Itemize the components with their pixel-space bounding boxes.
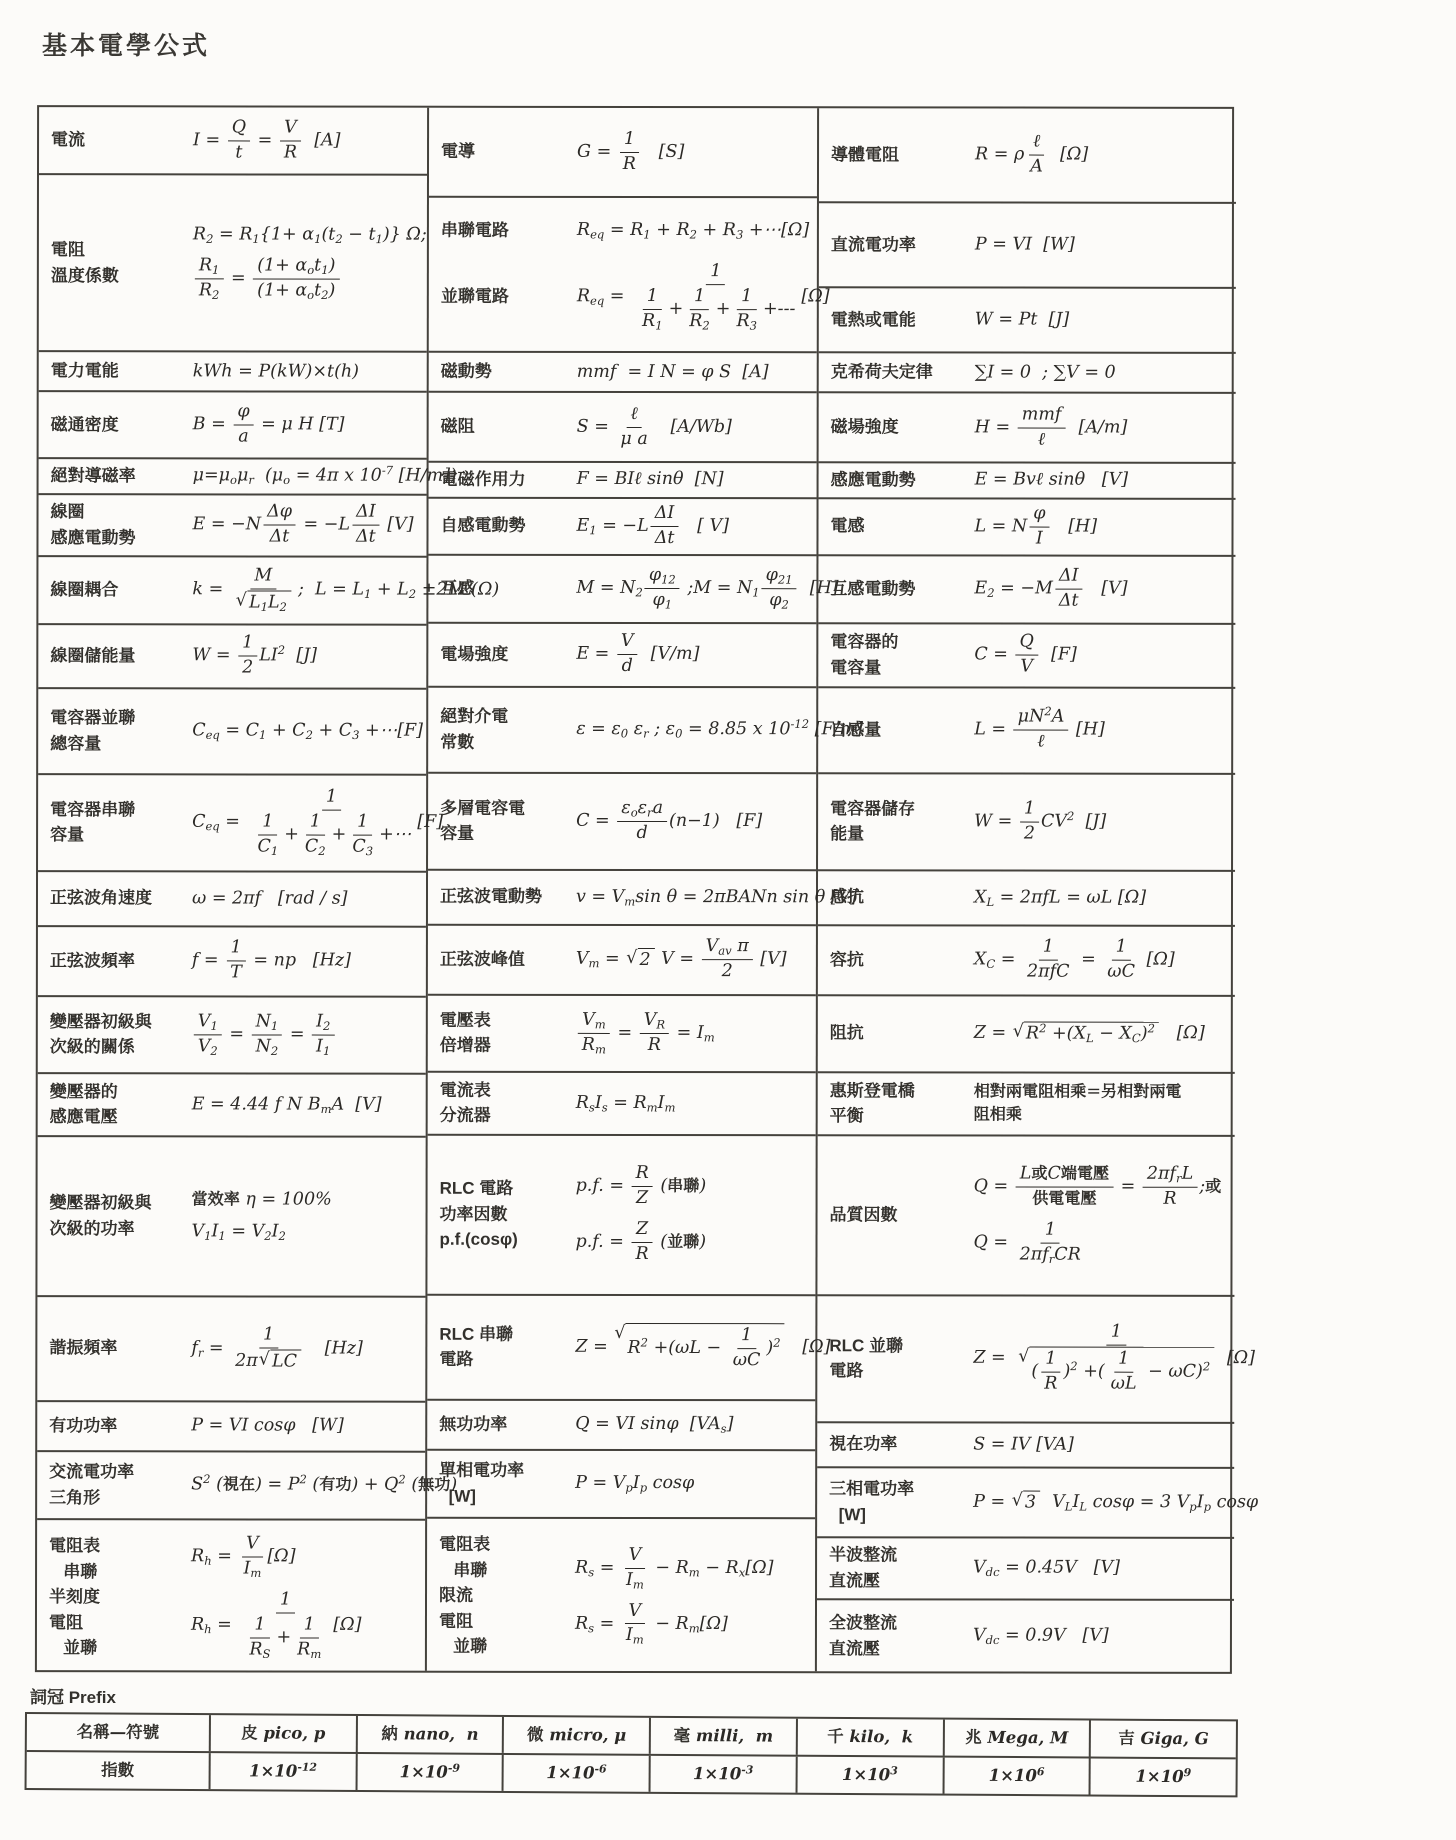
- term-label: 三相電功率 [W]: [819, 1474, 957, 1529]
- prefix-name-cell: 名稱—符號: [27, 1714, 211, 1751]
- prefix-name-cell: 毫 milli, m: [651, 1718, 798, 1755]
- formula: E = 4.44 f N BmA [V]: [176, 1093, 424, 1116]
- term-label: 電感: [820, 512, 958, 542]
- formula-cell: 磁場強度H = mmfℓ [A/m]: [819, 393, 1236, 464]
- formula-cell: 克希荷夫定律∑I = 0 ; ∑V = 0: [819, 353, 1236, 394]
- formula-line: ∑I = 0 ; ∑V = 0: [975, 361, 1234, 384]
- formula: W = Pt [J]: [959, 309, 1234, 332]
- formula-line: f = 1T = np [Hz]: [192, 938, 424, 985]
- term-label: 正弦波電動勢: [430, 882, 560, 912]
- formula: P = VpIp cosφ: [559, 1472, 813, 1495]
- formula-line: 名稱—符號: [77, 1721, 160, 1744]
- prefix-caption: 詞冠 Prefix: [30, 1683, 1456, 1708]
- term-label: 視在功率: [819, 1430, 957, 1460]
- formula-cell: 視在功率S = IV [VA]: [817, 1423, 1234, 1469]
- formula-line: H = mmfℓ [A/m]: [975, 404, 1234, 451]
- formula-line: F = BIℓ sinθ [N]: [577, 468, 815, 491]
- term-label: 電壓表 倍增器: [430, 1005, 560, 1060]
- formula-cell: 變壓器的 感應電壓E = 4.44 f N BmA [V]: [38, 1074, 426, 1138]
- formula-line: 1×109: [1135, 1766, 1191, 1788]
- formula-cell: 絕對介電 常數ε = ε0 εr ; ε0 = 8.85 x 10-12 [F/…: [428, 687, 816, 774]
- formula: Rh = VIm[Ω]Rh = 11RS+1Rm[Ω]: [175, 1534, 423, 1662]
- term-label: 磁阻: [431, 412, 561, 442]
- formula-line: 微 micro, μ: [527, 1724, 626, 1747]
- formula-cell: 品質因數Q = L或C端電壓供電電壓 = 2πfrLR;或Q = 12πfrCR: [817, 1136, 1234, 1297]
- formula-line: C = QV [F]: [974, 632, 1233, 679]
- formula-line: v = Vmsin θ = 2πBANn sin θ [V]: [576, 886, 814, 909]
- formula-line: 納 nano, n: [381, 1723, 478, 1746]
- prefix-name-cell: 微 micro, μ: [504, 1717, 651, 1754]
- formula-cell: 電阻表 串聯 限流 電阻 並聯Rs = VIm − Rm − Rx[Ω]Rs =…: [427, 1518, 815, 1674]
- formula: Ceq = 11C1+1C2+1C3+⋯[F]: [176, 787, 424, 859]
- formula-line: E = −NΔφΔt = −LΔIΔt [V]: [192, 502, 424, 549]
- formula: kWh = P(kW)×t(h): [177, 360, 425, 383]
- prefix-row: 指數1×10-121×10-91×10-61×10-31×1031×1061×1…: [27, 1752, 1236, 1795]
- formula-line: L = μN2Aℓ [H]: [974, 707, 1233, 754]
- formula-line: mmf = I N = φ S [A]: [577, 361, 815, 384]
- term-label: 品質因數: [820, 1200, 958, 1230]
- formula-line: 相對兩電阻相乘=另相對兩電阻相乘: [974, 1081, 1233, 1127]
- term-label: 阻抗: [820, 1019, 958, 1049]
- formula-line: Rh = 11RS+1Rm[Ω]: [191, 1589, 423, 1661]
- formula-cell: 互感電動勢E2 = −MΔIΔt [V]: [818, 556, 1235, 625]
- formula-cell: 直流電功率P = VI [W]: [819, 203, 1236, 289]
- term-label: 電阻 溫度係數: [41, 235, 177, 290]
- term-label: RLC 電路 功率因數 p.f.(cosφ): [429, 1174, 559, 1255]
- formula-line: P = √3 VLIL cosφ = 3 VpIp cosφ: [973, 1490, 1232, 1514]
- formula-line: S2 (視在) = P2 (有功) + Q2 (無功): [191, 1474, 423, 1497]
- formula: P = √3 VLIL cosφ = 3 VpIp cosφ: [957, 1490, 1232, 1514]
- term-label: 多層電容電 容量: [430, 793, 560, 848]
- formula-cell: 磁動勢mmf = I N = φ S [A]: [429, 353, 817, 394]
- formula-line: VmRm = VRR = Im: [576, 1010, 814, 1057]
- formula-table: 電流I = Qt = VR [A]電阻 溫度係數R2 = R1{1+ α1(t2…: [35, 105, 1234, 1674]
- formula-line: 1×10-6: [546, 1762, 607, 1784]
- term-label: 電流表 分流器: [430, 1075, 560, 1130]
- formula: Z = √R2 +(XL − XC)2 [Ω]: [958, 1022, 1233, 1046]
- formula-cell: 三相電功率 [W]P = √3 VLIL cosφ = 3 VpIp cosφ: [817, 1468, 1234, 1539]
- formula-line: E = Bvℓ sinθ [V]: [975, 469, 1234, 492]
- term-label: 電導: [431, 137, 561, 167]
- formula-line: E1 = −LΔIΔt [ V]: [576, 503, 814, 550]
- formula-line: M = N2φ12φ1 ;M = N1φ21φ2 [H]: [576, 565, 814, 612]
- term-label: 電流: [41, 125, 177, 155]
- formula-cell: 電流I = Qt = VR [A]: [39, 107, 427, 176]
- formula: Req = 11R1+1R2+1R3+---[Ω]: [561, 261, 815, 333]
- formula: 當效率 η = 100%V1I1 = V2I2: [176, 1189, 424, 1244]
- formula-line: Req = 11R1+1R2+1R3+---[Ω]: [577, 261, 815, 333]
- formula: Q = L或C端電壓供電電壓 = 2πfrLR;或Q = 12πfrCR: [957, 1164, 1232, 1267]
- formula: Z = √R2 +(ωL − 1ωC)2 [Ω]: [559, 1323, 813, 1372]
- formula: fr = 12π√LC [Hz]: [175, 1324, 423, 1373]
- prefix-name-cell: 吉 Giga, G: [1091, 1721, 1236, 1758]
- formula: C = QV [F]: [958, 632, 1233, 679]
- formula: f = 1T = np [Hz]: [176, 937, 424, 984]
- formula-line: fr = 12π√LC [Hz]: [191, 1324, 423, 1373]
- formula: P = VI [W]: [959, 234, 1234, 257]
- formula: mmf = I N = φ S [A]: [561, 361, 815, 384]
- formula: R2 = R1{1+ α1(t2 − t1)} Ω;R1R2 = (1+ αot…: [177, 224, 425, 303]
- term-label: 並聯電路: [431, 282, 561, 312]
- term-label: 克希荷夫定律: [821, 358, 959, 388]
- formula: XC = 12πfC = 1ωC [Ω]: [958, 937, 1233, 984]
- formula-line: 兆 Mega, M: [965, 1727, 1068, 1750]
- formula: M = N2φ12φ1 ;M = N1φ21φ2 [H]: [560, 565, 814, 612]
- term-label: 感抗: [820, 883, 958, 913]
- formula: L = μN2Aℓ [H]: [958, 707, 1233, 754]
- formula-cell: RLC 電路 功率因數 p.f.(cosφ)p.f. = RZ (串聯)p.f.…: [427, 1135, 815, 1296]
- formula-line: W = Pt [J]: [975, 309, 1234, 332]
- formula: Vdc = 0.45V [V]: [957, 1557, 1232, 1580]
- term-label: 電阻表 串聯 半刻度 電阻 並聯: [39, 1531, 175, 1663]
- term-label: 磁動勢: [431, 357, 561, 387]
- term-label: 正弦波角速度: [40, 883, 176, 913]
- formula-line: Rs = VIm − Rm[Ω]: [575, 1600, 813, 1647]
- formula-line: W = 12CV2 [J]: [974, 798, 1233, 845]
- formula-line: R2 = R1{1+ α1(t2 − t1)} Ω;: [193, 224, 425, 247]
- prefix-exponent-cell: 1×10-3: [651, 1756, 798, 1793]
- prefix-exponent-cell: 1×109: [1091, 1759, 1236, 1796]
- prefix-table: 名稱—符號皮 pico, p納 nano, n微 micro, μ毫 milli…: [25, 1712, 1238, 1797]
- formula-line: Vdc = 0.9V [V]: [973, 1625, 1232, 1648]
- formula: VmRm = VRR = Im: [560, 1010, 814, 1057]
- formula: S = ℓμ a [A/Wb]: [561, 404, 815, 451]
- prefix-exponent-cell: 1×10-6: [504, 1755, 651, 1792]
- formula-line: Ceq = C1 + C2 + C3 +⋯[F]: [192, 720, 424, 743]
- formula-line: Z = 1√(1R)2 +(1ωL − ωC)2 [Ω]: [973, 1322, 1232, 1396]
- formula-cell: 導體電阻R = ρℓA [Ω]: [819, 108, 1236, 204]
- formula-cell: 電容器串聯 容量Ceq = 11C1+1C2+1C3+⋯[F]: [38, 775, 426, 873]
- page-title: 基本電學公式: [42, 26, 1456, 62]
- formula-cell: 電場強度E = Vd [V/m]: [428, 623, 816, 688]
- formula-cell: 線圈儲能量W = 12LI2 [J]: [38, 625, 426, 690]
- formula: P = VI cosφ [W]: [175, 1414, 423, 1437]
- formula: W = 12LI2 [J]: [176, 632, 424, 679]
- term-label: 線圈儲能量: [40, 641, 176, 671]
- formula: XL = 2πfL = ωL [Ω]: [958, 886, 1233, 909]
- formula: Ceq = C1 + C2 + C3 +⋯[F]: [176, 719, 424, 742]
- formula: F = BIℓ sinθ [N]: [561, 468, 815, 491]
- term-label: 容抗: [820, 945, 958, 975]
- formula-cell: 電磁作用力F = BIℓ sinθ [N]: [429, 463, 817, 499]
- formula: Q = VI sinφ [VAs]: [559, 1413, 813, 1436]
- term-label: 電場強度: [430, 639, 560, 669]
- term-label: 諧振頻率: [39, 1333, 175, 1363]
- formula-line: Vm = √2 V = Vav π2 [V]: [576, 936, 814, 983]
- formula-line: V1V2 = N1N2 = I2I1: [192, 1011, 424, 1058]
- formula-line: V1I1 = V2I2: [192, 1220, 424, 1243]
- formula-line: ε = ε0 εr ; ε0 = 8.85 x 10-12 [F/m]: [576, 718, 814, 741]
- formula-cell: 變壓器初級與 次級的關係V1V2 = N1N2 = I2I1: [38, 997, 426, 1075]
- formula-cell: 電容器儲存 能量W = 12CV2 [J]: [818, 774, 1235, 872]
- formula-cell: 電熱或電能W = Pt [J]: [819, 288, 1236, 354]
- formula-line: I = Qt = VR [A]: [193, 117, 425, 164]
- prefix-exponent-cell: 指數: [27, 1752, 211, 1789]
- formula: ∑I = 0 ; ∑V = 0: [959, 361, 1234, 384]
- term-label: 線圈 感應電動勢: [40, 497, 176, 552]
- formula: W = 12CV2 [J]: [958, 798, 1233, 845]
- term-label: 自感電動勢: [430, 511, 560, 541]
- formula: R = ρℓA [Ω]: [959, 132, 1234, 179]
- formula: Req = R1 + R2 + R3 +⋯[Ω]: [561, 219, 815, 242]
- formula-line: 當效率 η = 100%: [192, 1189, 424, 1212]
- term-label: 互感電動勢: [820, 574, 958, 604]
- formula-cell: 電阻表 串聯 半刻度 電阻 並聯Rh = VIm[Ω]Rh = 11RS+1Rm…: [37, 1520, 425, 1676]
- term-label: 變壓器初級與 次級的關係: [40, 1007, 176, 1062]
- formula-line: Rs = VIm − Rm − Rx[Ω]: [575, 1545, 813, 1592]
- formula-line: k = M√L1L2; L = L1 + L2 ±2M (Ω): [192, 566, 424, 615]
- prefix-exponent-cell: 1×106: [944, 1758, 1091, 1795]
- formula: G = 1R [S]: [561, 129, 815, 176]
- formula-cell: 磁通密度B = φa = μ H [T]: [39, 392, 427, 460]
- formula-cell: 感應電動勢E = Bvℓ sinθ [V]: [819, 463, 1236, 499]
- formula-line: Q = VI sinφ [VAs]: [575, 1413, 813, 1436]
- formula: Vm = √2 V = Vav π2 [V]: [560, 936, 814, 983]
- formula: E2 = −MΔIΔt [V]: [958, 566, 1233, 613]
- formula: E = −NΔφΔt = −LΔIΔt [V]: [176, 501, 424, 548]
- formula-line: L = NφI [H]: [974, 503, 1233, 550]
- formula: Rs = VIm − Rm − Rx[Ω]Rs = VIm − Rm[Ω]: [559, 1545, 813, 1648]
- formula-line: kWh = P(kW)×t(h): [193, 360, 425, 383]
- formula: S = IV [VA]: [957, 1433, 1232, 1456]
- formula-cell: 正弦波電動勢v = Vmsin θ = 2πBANn sin θ [V]: [428, 870, 816, 926]
- formula: Vdc = 0.9V [V]: [957, 1625, 1232, 1648]
- formula: p.f. = RZ (串聯)p.f. = ZR (並聯): [559, 1163, 813, 1266]
- formula: E = Vd [V/m]: [560, 631, 814, 678]
- formula-cell: 多層電容電 容量C = εoεrad(n−1) [F]: [428, 773, 816, 871]
- formula-cell: 電感L = NφI [H]: [818, 499, 1235, 557]
- formula-cell: 容抗XC = 12πfC = 1ωC [Ω]: [818, 926, 1235, 997]
- term-label: 惠斯登電橋 平衡: [820, 1076, 958, 1131]
- formula-line: 1×106: [989, 1765, 1045, 1787]
- formula-line: Q = L或C端電壓供電電壓 = 2πfrLR;或: [974, 1164, 1233, 1211]
- prefix-name-cell: 千 kilo, k: [798, 1719, 945, 1756]
- formula-line: 皮 pico, p: [241, 1722, 325, 1745]
- formula-line: p.f. = ZR (並聯): [575, 1219, 813, 1266]
- term-label: 變壓器初級與 次級的功率: [40, 1188, 176, 1243]
- formula-cell: 惠斯登電橋 平衡相對兩電阻相乘=另相對兩電阻相乘: [818, 1073, 1235, 1137]
- formula-cell: RLC 並聯 電路Z = 1√(1R)2 +(1ωL − ωC)2 [Ω]: [817, 1296, 1234, 1424]
- formula-cell: 感抗XL = 2πfL = ωL [Ω]: [818, 871, 1235, 927]
- formula-cell: 磁阻S = ℓμ a [A/Wb]: [429, 393, 817, 464]
- formula-cell: 電壓表 倍增器VmRm = VRR = Im: [428, 995, 816, 1073]
- formula-cell: 無功功率Q = VI sinφ [VAs]: [427, 1400, 815, 1451]
- formula-cell: 諧振頻率fr = 12π√LC [Hz]: [37, 1297, 425, 1403]
- formula-line: Req = R1 + R2 + R3 +⋯[Ω]: [577, 219, 815, 242]
- formula-cell: 電導G = 1R [S]: [429, 108, 817, 199]
- term-label: 變壓器的 感應電壓: [40, 1077, 176, 1132]
- term-label: 互感: [430, 573, 560, 603]
- term-label: 磁場強度: [821, 413, 959, 443]
- formula-line: P = VpIp cosφ: [575, 1472, 813, 1495]
- term-label: 電容器並聯 總容量: [40, 703, 176, 758]
- table-column: 導體電阻R = ρℓA [Ω]直流電功率P = VI [W]電熱或電能W = P…: [817, 108, 1236, 1672]
- term-label: 全波整流 直流壓: [819, 1608, 957, 1663]
- prefix-name-cell: 兆 Mega, M: [944, 1720, 1091, 1757]
- formula-line: p.f. = RZ (串聯): [576, 1163, 814, 1210]
- formula: ε = ε0 εr ; ε0 = 8.85 x 10-12 [F/m]: [560, 718, 814, 741]
- formula-line: μ=μoμr (μo = 4π x 10-7 [H/m]): [193, 465, 425, 488]
- term-label: 電阻表 串聯 限流 電阻 並聯: [429, 1530, 559, 1662]
- formula-cell: 線圈耦合k = M√L1L2; L = L1 + L2 ±2M (Ω): [38, 557, 426, 626]
- formula: H = mmfℓ [A/m]: [959, 404, 1234, 451]
- term-label: 直流電功率: [821, 230, 959, 260]
- formula-line: R1R2 = (1+ αot1)(1+ αot2): [193, 255, 425, 302]
- formula-line: 毫 milli, m: [674, 1725, 774, 1748]
- formula: μ=μoμr (μo = 4π x 10-7 [H/m]): [177, 465, 425, 488]
- formula-line: Rh = VIm[Ω]: [191, 1534, 423, 1581]
- formula: RsIs = RmIm: [560, 1092, 814, 1115]
- formula-line: R = ρℓA [Ω]: [975, 132, 1234, 179]
- term-label: 感應電動勢: [821, 465, 959, 495]
- formula-cell: 阻抗Z = √R2 +(XL − XC)2 [Ω]: [818, 996, 1235, 1074]
- term-label: 自感量: [820, 715, 958, 745]
- formula-cell: RLC 串聯 電路Z = √R2 +(ωL − 1ωC)2 [Ω]: [427, 1295, 815, 1401]
- term-label: 串聯電路: [431, 216, 561, 246]
- formula-line: E = Vd [V/m]: [576, 631, 814, 678]
- formula-line: 吉 Giga, G: [1118, 1727, 1209, 1750]
- formula-cell: 變壓器初級與 次級的功率當效率 η = 100%V1I1 = V2I2: [37, 1137, 425, 1298]
- formula: S2 (視在) = P2 (有功) + Q2 (無功): [175, 1473, 423, 1496]
- formula: k = M√L1L2; L = L1 + L2 ±2M (Ω): [176, 565, 424, 614]
- prefix-name-cell: 納 nano, n: [357, 1716, 504, 1753]
- term-label: 正弦波頻率: [40, 946, 176, 976]
- formula-cell: 有功功率P = VI cosφ [W]: [37, 1402, 425, 1453]
- table-column: 電導G = 1R [S]串聯電路Req = R1 + R2 + R3 +⋯[Ω]…: [427, 108, 819, 1672]
- formula-cell: 自感電動勢E1 = −LΔIΔt [ V]: [428, 498, 816, 556]
- term-label: 電熱或電能: [821, 305, 959, 335]
- term-label: 正弦波峰值: [430, 944, 560, 974]
- formula-line: E2 = −MΔIΔt [V]: [974, 566, 1233, 613]
- formula-cell: 自感量L = μN2Aℓ [H]: [818, 688, 1235, 775]
- formula-cell: 電力電能kWh = P(kW)×t(h): [39, 352, 427, 393]
- formula-line: W = 12LI2 [J]: [192, 633, 424, 680]
- term-label: 有功功率: [39, 1411, 175, 1441]
- formula-cell: 互感M = N2φ12φ1 ;M = N1φ21φ2 [H]: [428, 555, 816, 624]
- formula: 相對兩電阻相乘=另相對兩電阻相乘: [958, 1081, 1233, 1127]
- formula-line: 1×103: [842, 1764, 898, 1786]
- formula-line: Q = 12πfrCR: [973, 1219, 1232, 1266]
- formula-line: B = φa = μ H [T]: [193, 402, 425, 449]
- formula-line: ω = 2πf [rad / s]: [192, 887, 424, 910]
- formula: Z = 1√(1R)2 +(1ωL − ωC)2 [Ω]: [957, 1322, 1232, 1396]
- formula: B = φa = μ H [T]: [177, 401, 425, 448]
- term-label: 電力電能: [41, 356, 177, 386]
- formula-cell: 正弦波頻率f = 1T = np [Hz]: [38, 927, 426, 998]
- formula-cell: 電阻 溫度係數R2 = R1{1+ α1(t2 − t1)} Ω;R1R2 = …: [39, 175, 427, 353]
- formula-cell: 絕對導磁率μ=μoμr (μo = 4π x 10-7 [H/m]): [39, 459, 427, 495]
- formula-line: S = IV [VA]: [973, 1433, 1232, 1456]
- formula-line: Z = √R2 +(ωL − 1ωC)2 [Ω]: [575, 1323, 813, 1372]
- formula-cell: 正弦波角速度ω = 2πf [rad / s]: [38, 872, 426, 928]
- formula-line: 1×10-12: [249, 1761, 317, 1783]
- formula-cell: 全波整流 直流壓Vdc = 0.9V [V]: [817, 1600, 1234, 1673]
- formula-line: XC = 12πfC = 1ωC [Ω]: [974, 937, 1233, 984]
- prefix-exponent-cell: 1×10-12: [211, 1753, 358, 1790]
- term-label: 交流電功率 三角形: [39, 1457, 175, 1512]
- formula: ω = 2πf [rad / s]: [176, 887, 424, 910]
- formula-cell: 單相電功率 [W]P = VpIp cosφ: [427, 1450, 815, 1519]
- term-label: 電容器的 電容量: [820, 627, 958, 682]
- formula-line: 1×10-9: [399, 1762, 460, 1784]
- term-label: 導體電阻: [821, 140, 959, 170]
- formula-line: P = VI cosφ [W]: [191, 1415, 423, 1438]
- formula-cell: 電容器並聯 總容量Ceq = C1 + C2 + C3 +⋯[F]: [38, 689, 426, 776]
- formula-line: 指數: [101, 1759, 134, 1782]
- formula-line: RsIs = RmIm: [576, 1092, 814, 1115]
- term-label: RLC 串聯 電路: [429, 1319, 559, 1374]
- formula-cell: 線圈 感應電動勢E = −NΔφΔt = −LΔIΔt [V]: [38, 495, 426, 558]
- formula: v = Vmsin θ = 2πBANn sin θ [V]: [560, 886, 814, 909]
- term-label: 絕對介電 常數: [430, 702, 560, 757]
- term-label: 電磁作用力: [431, 465, 561, 495]
- formula-cell: 電流表 分流器RsIs = RmIm: [428, 1072, 816, 1136]
- term-label: 線圈耦合: [40, 575, 176, 605]
- term-label: RLC 並聯 電路: [819, 1331, 957, 1386]
- document-page: 基本電學公式 電流I = Qt = VR [A]電阻 溫度係數R2 = R1{1…: [0, 0, 1456, 1790]
- formula-line: G = 1R [S]: [577, 129, 815, 176]
- term-label: 半波整流 直流壓: [819, 1540, 957, 1595]
- formula: L = NφI [H]: [958, 503, 1233, 550]
- term-label: 無功功率: [429, 1409, 559, 1439]
- formula: V1V2 = N1N2 = I2I1: [176, 1011, 424, 1058]
- term-label: 單相電功率 [W]: [429, 1456, 559, 1511]
- term-label: 絕對導磁率: [41, 461, 177, 491]
- formula-line: Vdc = 0.45V [V]: [973, 1557, 1232, 1580]
- formula-line: P = VI [W]: [975, 234, 1234, 257]
- table-column: 電流I = Qt = VR [A]電阻 溫度係數R2 = R1{1+ α1(t2…: [37, 107, 429, 1671]
- prefix-name-cell: 皮 pico, p: [211, 1715, 358, 1752]
- formula-line: Z = √R2 +(XL − XC)2 [Ω]: [974, 1022, 1233, 1046]
- formula-cell: 交流電功率 三角形S2 (視在) = P2 (有功) + Q2 (無功): [37, 1452, 425, 1521]
- formula-line: E = 4.44 f N BmA [V]: [192, 1093, 424, 1116]
- term-label: 磁通密度: [41, 410, 177, 440]
- formula-cell: 半波整流 直流壓Vdc = 0.45V [V]: [817, 1538, 1234, 1601]
- formula: C = εoεrad(n−1) [F]: [560, 798, 814, 845]
- formula-cell: 串聯電路Req = R1 + R2 + R3 +⋯[Ω]並聯電路Req = 11…: [429, 198, 817, 354]
- formula-line: 1×10-3: [693, 1763, 754, 1785]
- formula: I = Qt = VR [A]: [177, 117, 425, 164]
- formula: E = Bvℓ sinθ [V]: [959, 469, 1234, 492]
- prefix-exponent-cell: 1×10-9: [357, 1754, 504, 1791]
- term-label: 電容器儲存 能量: [820, 794, 958, 849]
- formula-line: S = ℓμ a [A/Wb]: [577, 404, 815, 451]
- formula-line: 千 kilo, k: [827, 1726, 913, 1749]
- prefix-exponent-cell: 1×103: [797, 1757, 944, 1794]
- formula-cell: 正弦波峰值Vm = √2 V = Vav π2 [V]: [428, 925, 816, 996]
- formula-cell: 電容器的 電容量C = QV [F]: [818, 624, 1235, 689]
- formula: E1 = −LΔIΔt [ V]: [560, 503, 814, 550]
- term-label: 電容器串聯 容量: [40, 795, 176, 850]
- formula-line: Ceq = 11C1+1C2+1C3+⋯[F]: [192, 787, 424, 859]
- formula-line: C = εoεrad(n−1) [F]: [576, 798, 814, 845]
- formula-line: XL = 2πfL = ωL [Ω]: [974, 886, 1233, 909]
